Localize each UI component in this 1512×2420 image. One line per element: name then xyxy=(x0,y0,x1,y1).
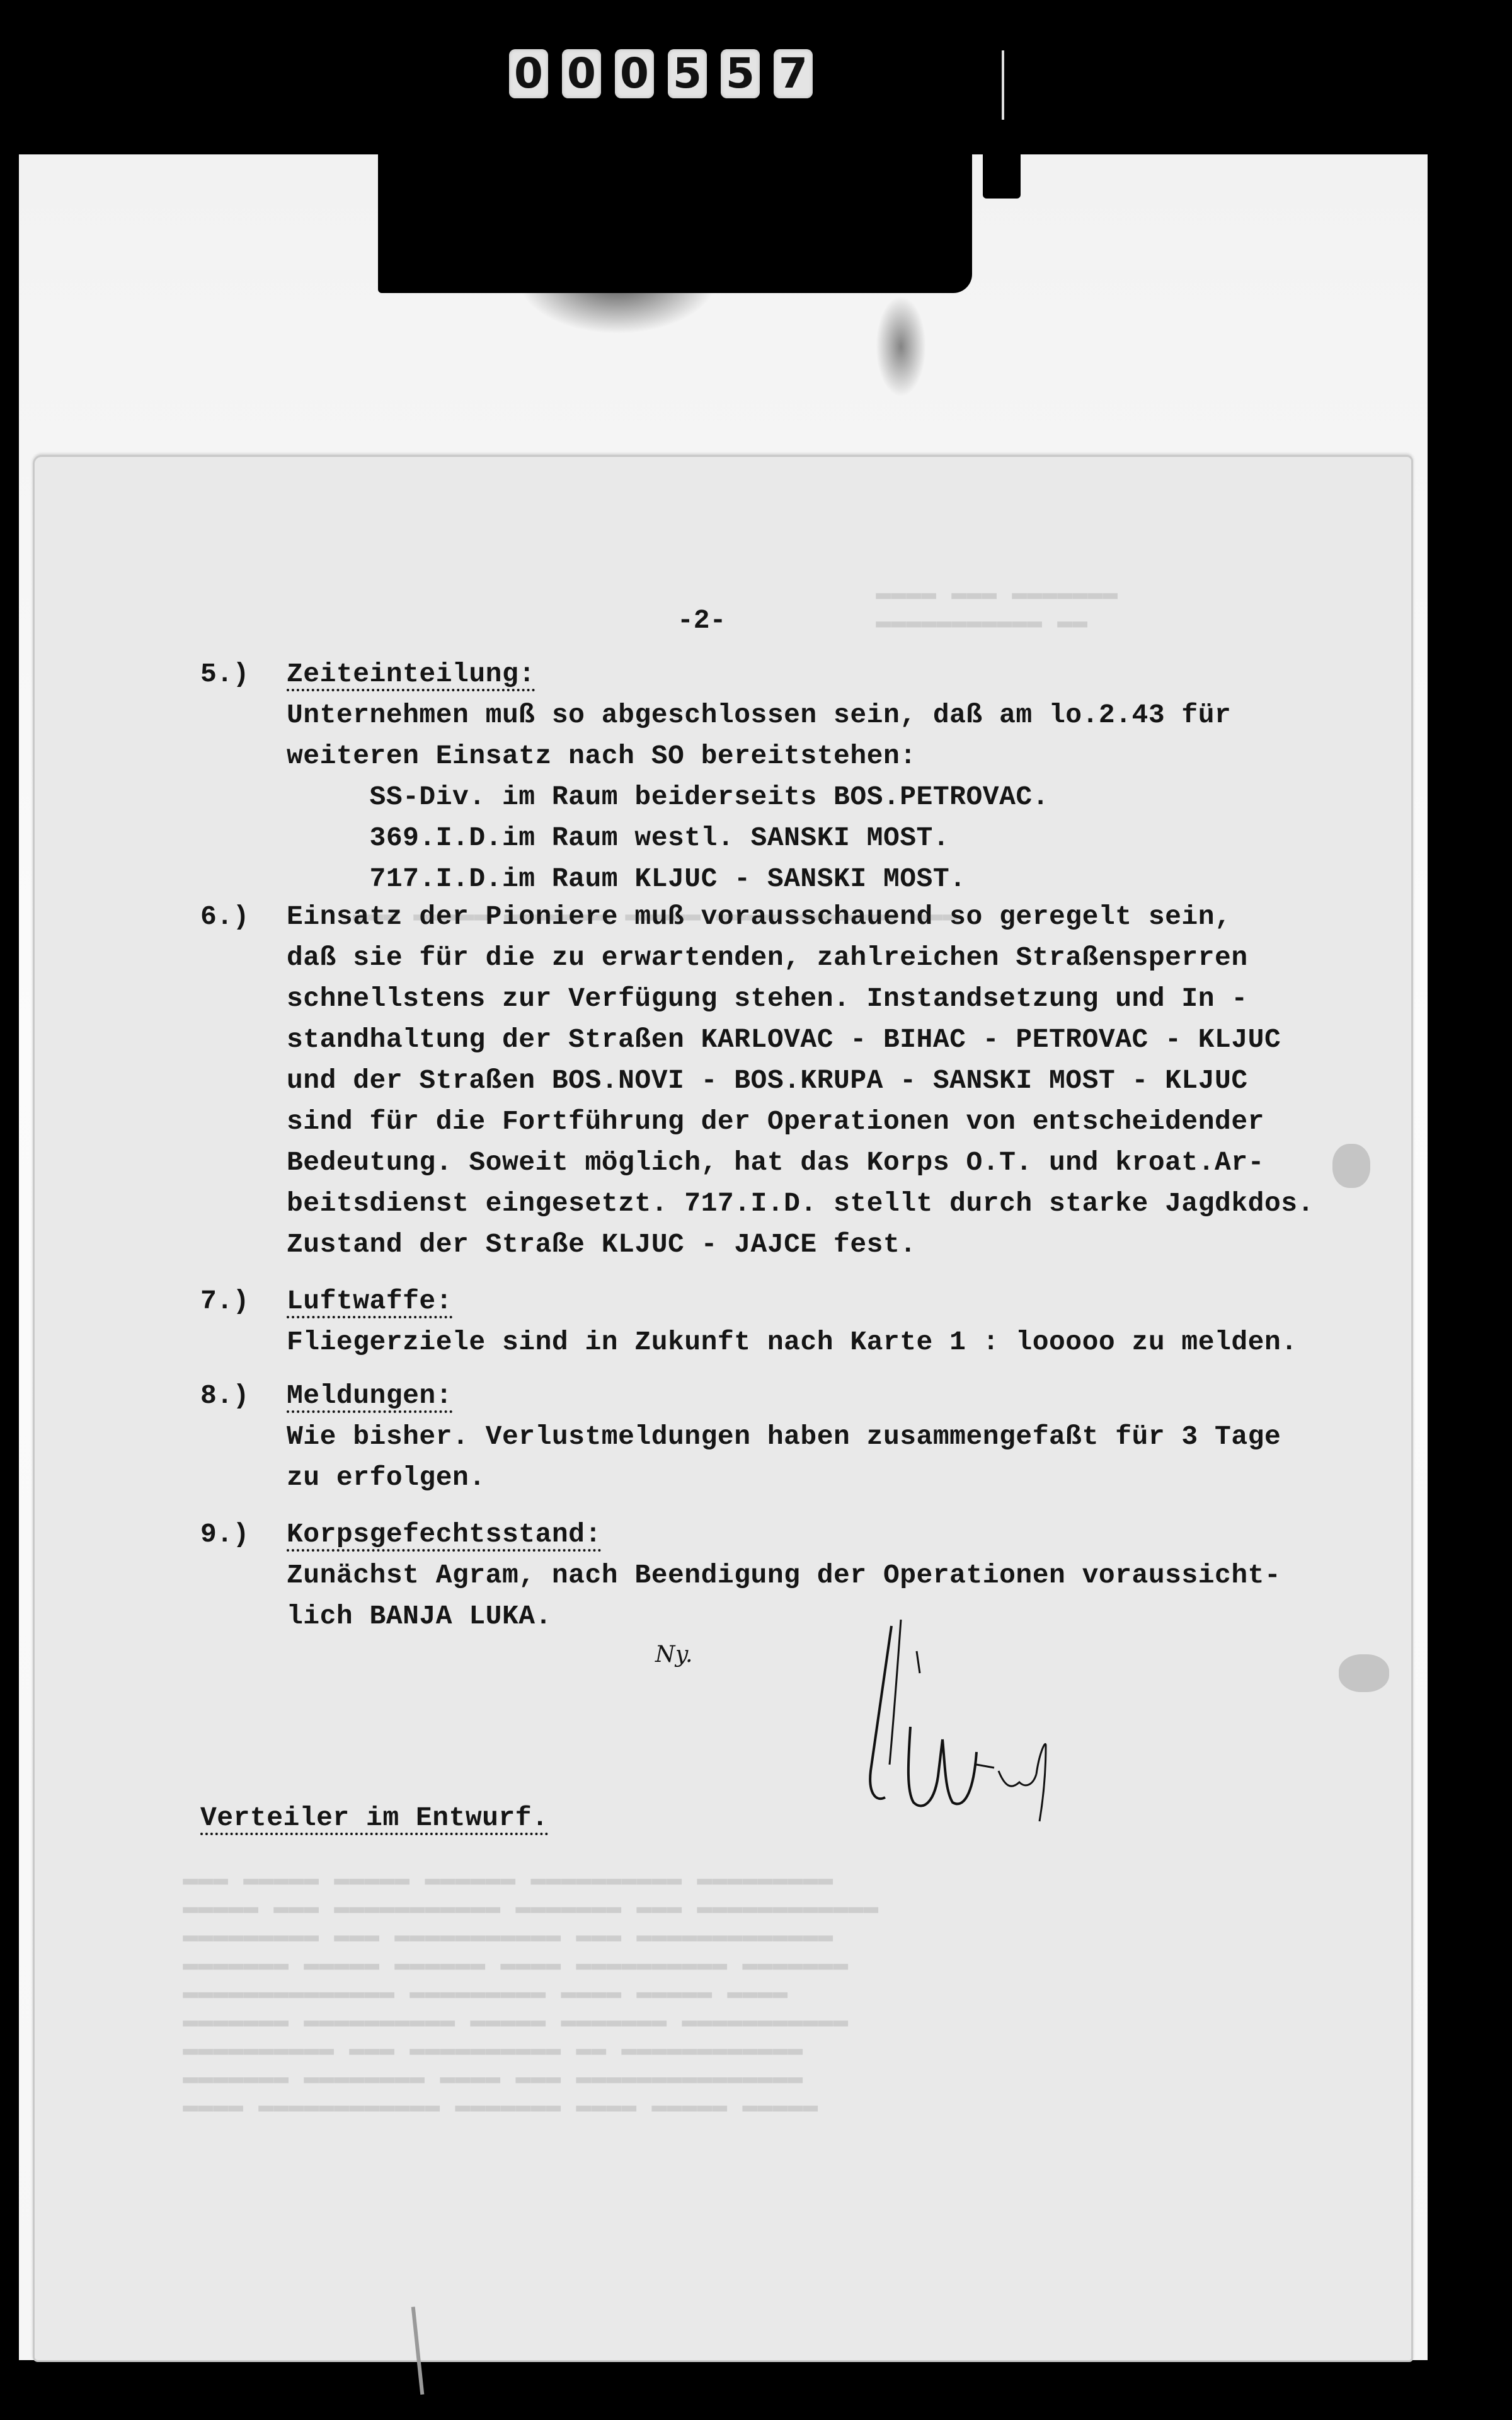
film-notch xyxy=(983,154,1021,199)
counter-digit: 0 xyxy=(509,49,548,98)
section-heading: Korpsgefechtsstand: xyxy=(287,1519,602,1550)
counter-digit: 0 xyxy=(615,49,654,98)
body-line: Fliegerziele sind in Zukunft nach Karte … xyxy=(287,1327,1298,1357)
counter-digit: 0 xyxy=(562,49,601,98)
bleed-through-text: ▬▬▬ ▬▬▬▬▬ ▬▬▬▬▬ ▬▬▬▬▬▬ ▬▬▬▬▬▬▬▬▬▬ ▬▬▬▬▬▬… xyxy=(183,1865,878,2121)
handwritten-signature xyxy=(819,1613,1197,1828)
frame-counter: 0 0 0 5 5 7 xyxy=(509,49,813,98)
body-line: 717.I.D.im Raum KLJUC - SANSKI MOST. xyxy=(287,863,966,894)
counter-digit: 7 xyxy=(774,49,813,98)
section-heading: Zeiteinteilung: xyxy=(287,659,535,689)
shadow-artifact xyxy=(517,277,718,334)
body-line: schnellstens zur Verfügung stehen. Insta… xyxy=(287,983,1248,1014)
section-number: 5.) xyxy=(200,659,249,689)
film-label-block xyxy=(378,154,972,293)
body-line: Wie bisher. Verlustmeldungen haben zusam… xyxy=(287,1421,1281,1452)
body-line: Zustand der Straße KLJUC - JAJCE fest. xyxy=(287,1229,917,1260)
counter-digit: 5 xyxy=(721,49,760,98)
body-line: Einsatz der Pioniere muß vorausschauend … xyxy=(287,901,1231,932)
body-line: sind für die Fortführung der Operationen… xyxy=(287,1106,1264,1137)
section-number: 7.) xyxy=(200,1286,249,1317)
section-heading: Luftwaffe: xyxy=(287,1286,452,1317)
body-line: weiteren Einsatz nach SO bereitstehen: xyxy=(287,740,917,771)
body-line: beitsdienst eingesetzt. 717.I.D. stellt … xyxy=(287,1188,1314,1219)
body-line: Bedeutung. Soweit möglich, hat das Korps… xyxy=(287,1147,1264,1178)
section-number: 6.) xyxy=(200,901,249,932)
body-line: zu erfolgen. xyxy=(287,1462,486,1493)
handwritten-initials: Ny. xyxy=(655,1642,693,1668)
body-line: lich BANJA LUKA. xyxy=(287,1601,552,1632)
body-line: daß sie für die zu erwartenden, zahlreic… xyxy=(287,942,1248,973)
distribution-note: Verteiler im Entwurf. xyxy=(200,1802,548,1833)
body-line: SS-Div. im Raum beiderseits BOS.PETROVAC… xyxy=(287,781,1049,812)
body-line: standhaltung der Straßen KARLOVAC - BIHA… xyxy=(287,1024,1281,1055)
film-edge-mark xyxy=(1002,50,1004,120)
section-heading: Meldungen: xyxy=(287,1380,452,1411)
body-line: 369.I.D.im Raum westl. SANSKI MOST. xyxy=(287,822,949,853)
body-line: Unternehmen muß so abgeschlossen sein, d… xyxy=(287,700,1231,730)
body-line: und der Straßen BOS.NOVI - BOS.KRUPA - S… xyxy=(287,1065,1248,1096)
counter-digit: 5 xyxy=(668,49,707,98)
speckle-artifact xyxy=(876,296,926,397)
page-number: -2- xyxy=(677,605,726,636)
section-number: 8.) xyxy=(200,1380,249,1411)
punch-hole xyxy=(1332,1144,1370,1188)
bleed-through-text: ▬▬▬▬ ▬▬▬ ▬▬▬▬▬▬▬ ▬▬▬▬▬▬▬▬▬▬▬ ▬▬ xyxy=(876,580,1118,637)
body-line: Zunächst Agram, nach Beendigung der Oper… xyxy=(287,1560,1281,1591)
punch-hole xyxy=(1339,1654,1389,1692)
section-number: 9.) xyxy=(200,1519,249,1550)
